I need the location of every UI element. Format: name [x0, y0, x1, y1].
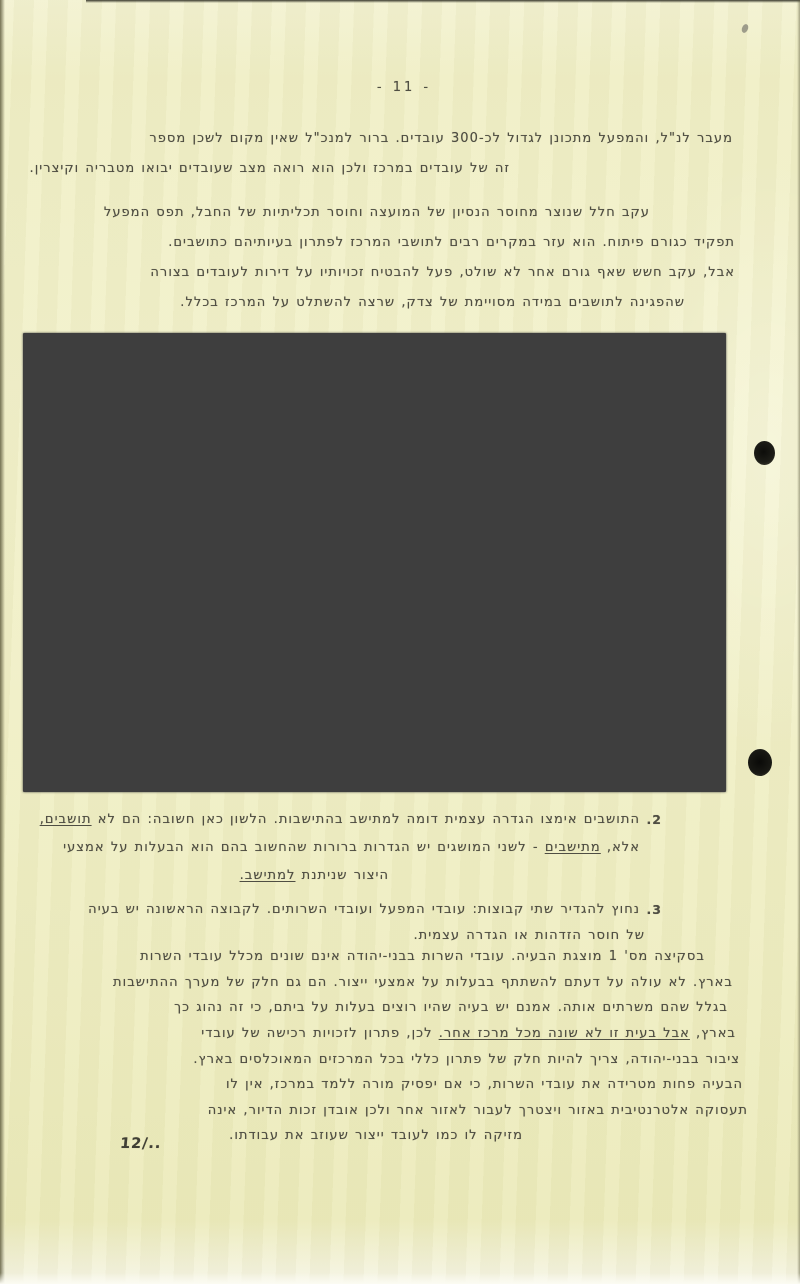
paragraph-2-line-2: תפקיד כגורם פיתוח. הוא עזר במקרים רבים ל… [168, 234, 735, 251]
list-item-3-line-1: נחוץ להגדיר שתי קבוצות: עובדי המפעל ועוב… [88, 901, 640, 918]
scanned-document-page: - 11 - מעבר לנ"ל, והמפעל מתכונן לגדול לכ… [0, 0, 800, 1284]
paragraph-2-line-1: עקב חלל שנוצר מחוסר הנסיון של המועצה וחו… [104, 204, 650, 221]
paragraph-4-line-4: בארץ, אבל בעית זו לא שונה מכל מרכז אחר. … [201, 1025, 736, 1042]
punch-hole-bottom [748, 749, 772, 776]
scan-edge-bottom [0, 1273, 800, 1284]
paragraph-4-line-8: מזיקה לו כמו לעובד ייצור שעוזב את עבודתו… [229, 1127, 523, 1144]
paragraph-1-line-2: זה של עובדים במרכז ולכן הוא רואה מצב שעו… [30, 160, 510, 177]
paragraph-4-line-3: בגלל שהם משרתים אותה. אמנם יש בעיה שהיו … [174, 999, 728, 1016]
list-item-2-marker: 2. [646, 811, 662, 828]
list-item-2-line-2: אלא, מתישבים - לשני המושגים יש הגדרות בר… [63, 839, 640, 856]
paragraph-4-line-2: בארץ. לא עולה על דעתם להשתתף בבעלות על א… [113, 974, 733, 991]
paper-speck [740, 23, 750, 34]
scan-edge-left [0, 0, 5, 1284]
page-number: - 11 - [358, 79, 450, 96]
paragraph-2-line-3: אבל, עקב חשש שאף גורם אחר לא שולט, פעל ל… [150, 264, 735, 281]
scan-edge-top [86, 0, 800, 3]
list-item-3-marker: 3. [646, 901, 662, 918]
redaction-block [23, 333, 726, 792]
paragraph-4-line-1: בסקיצה מס' 1 מוצגת הבעיה. עובדי השרות בב… [140, 948, 705, 965]
paragraph-4-line-7: תעסוקה אלטרנטיבית באזור ויצטרך לעבור לאז… [208, 1102, 748, 1119]
list-item-3-line-2: של חוסר הזדהות או הגדרה עצמית. [413, 927, 645, 944]
paragraph-4-line-6: הבעיה פחות מטרידה את עובדי השרות, כי אם … [226, 1076, 743, 1093]
continuation-mark: 12/.. [119, 1136, 162, 1153]
paragraph-4-line-5: ציבור בבני-יהודה, צריך להיות חלק של פתרו… [193, 1051, 740, 1068]
list-item-2-line-3: היצור שניתנת למתישב. [240, 867, 389, 884]
punch-hole-top [754, 441, 775, 465]
paragraph-2-line-4: שהפגינה לתושבים במידה מסויימת של צדק, שר… [180, 294, 685, 311]
paragraph-1-line-1: מעבר לנ"ל, והמפעל מתכונן לגדול לכ-300 עו… [149, 130, 733, 147]
list-item-2-line-1: התושבים אימצו הגדרה עצמית דומה למתישב בה… [40, 811, 640, 828]
